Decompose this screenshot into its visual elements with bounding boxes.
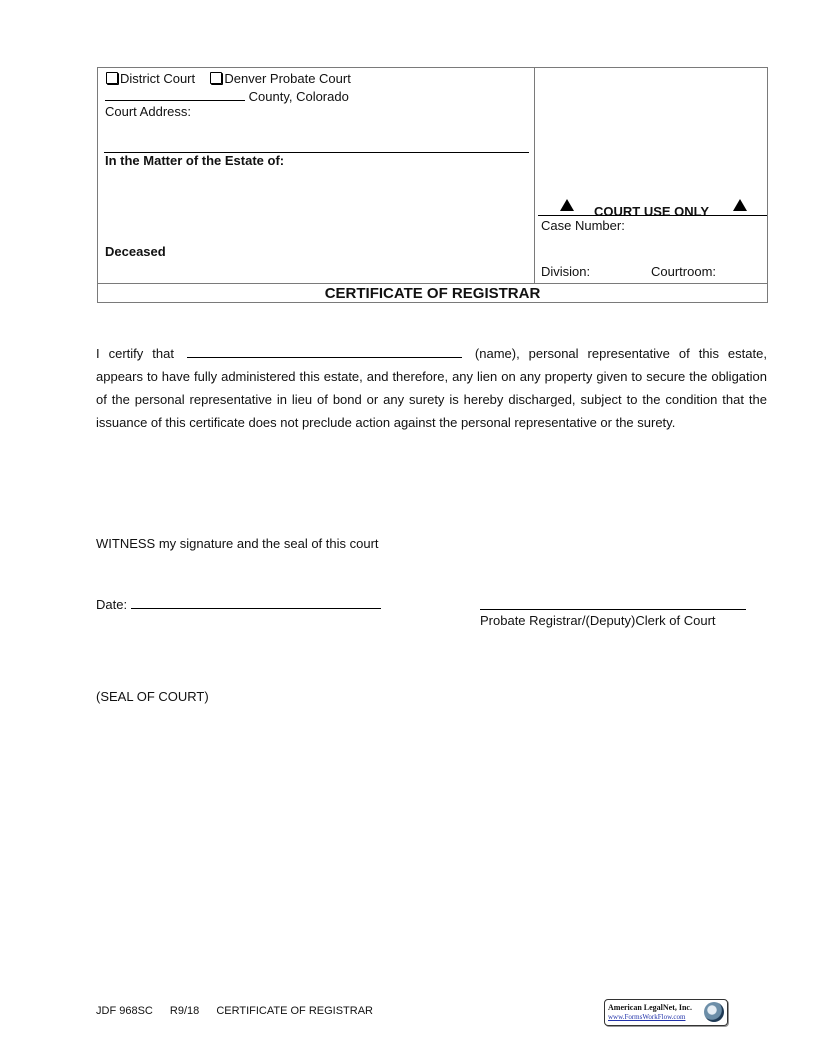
globe-icon [704, 1002, 724, 1022]
document-title: CERTIFICATE OF REGISTRAR [97, 284, 768, 303]
county-blank[interactable] [105, 89, 245, 101]
logo-company-name: American LegalNet, Inc. [608, 1003, 692, 1012]
court-options: District Court Denver Probate Court [106, 71, 351, 87]
up-triangle-icon [560, 199, 574, 211]
district-court-option[interactable]: District Court [106, 71, 199, 86]
american-legalnet-logo[interactable]: American LegalNet, Inc. www.FormsWorkFlo… [604, 999, 728, 1026]
division-label: Division: [541, 264, 590, 280]
form-footer: JDF 968SC R9/18 CERTIFICATE OF REGISTRAR [96, 1005, 387, 1017]
signature-blank[interactable] [480, 609, 746, 610]
up-triangle-icon [733, 199, 747, 211]
court-use-only-rule [538, 215, 767, 216]
estate-heading: In the Matter of the Estate of: [105, 153, 284, 169]
form-number: JDF 968SC [96, 1005, 153, 1017]
date-line: Date: [96, 597, 381, 613]
court-address-label: Court Address: [105, 104, 191, 120]
denver-probate-court-checkbox[interactable] [210, 72, 222, 84]
county-line: County, Colorado [105, 89, 349, 105]
certification-paragraph: I certify that (name), personal represen… [96, 342, 767, 434]
date-blank[interactable] [131, 597, 381, 609]
courtroom-label: Courtroom: [651, 264, 716, 280]
deceased-label: Deceased [105, 244, 166, 260]
witness-statement: WITNESS my signature and the seal of thi… [96, 536, 379, 552]
form-revision: R9/18 [170, 1005, 199, 1017]
denver-probate-court-option[interactable]: Denver Probate Court [210, 71, 350, 86]
signature-label: Probate Registrar/(Deputy)Clerk of Court [480, 613, 716, 629]
personal-representative-name-blank[interactable] [187, 346, 462, 358]
footer-form-title: CERTIFICATE OF REGISTRAR [216, 1005, 373, 1017]
logo-url-link[interactable]: www.FormsWorkFlow.com [608, 1013, 685, 1021]
case-number-label: Case Number: [541, 218, 625, 234]
caption-column-divider [534, 67, 535, 284]
seal-label: (SEAL OF COURT) [96, 689, 209, 705]
district-court-checkbox[interactable] [106, 72, 118, 84]
